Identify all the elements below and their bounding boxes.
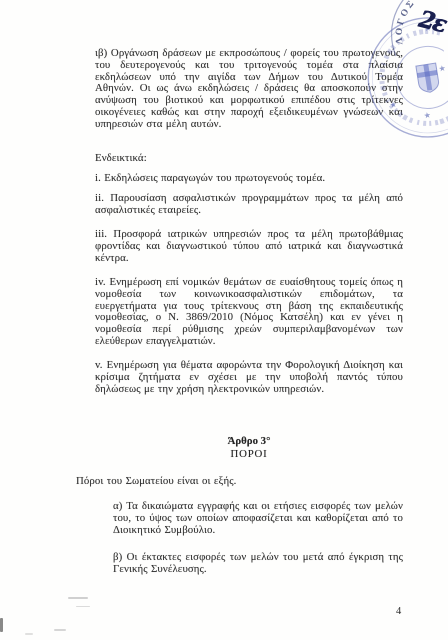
poroi-item-b: β) Οι έκτακτες εισφορές των μελών του με… bbox=[113, 552, 403, 576]
corner-seal-arc-text: ΛΟΓΟΣ bbox=[395, 0, 418, 45]
article-heading: Άρθρο 3° ΠΟΡΟΙ bbox=[95, 435, 403, 460]
article-subtitle: ΠΟΡΟΙ bbox=[95, 448, 403, 461]
smudge-mark bbox=[76, 606, 90, 607]
scan-edge-artifact bbox=[0, 618, 3, 632]
smudge-mark bbox=[25, 633, 33, 635]
list-item-iii: iii. Προσφορά ιατρικών υπηρεσιών προς τα… bbox=[95, 229, 403, 264]
scanned-document-page: ιβ) Οργάνωση δράσεων με εκπροσώπους / φο… bbox=[0, 0, 448, 640]
list-item-i: i. Εκδηλώσεις παραγωγών του πρωτογενούς … bbox=[95, 173, 403, 185]
poroi-item-a: α) Τα δικαιώματα εγγραφής και οι ετήσιες… bbox=[113, 501, 403, 536]
smudge-mark bbox=[68, 597, 88, 599]
poroi-intro: Πόροι του Σωματείου είναι οι εξής. bbox=[76, 476, 406, 488]
paragraph-ib: ιβ) Οργάνωση δράσεων με εκπροσώπους / φο… bbox=[95, 48, 403, 131]
svg-text:★: ★ bbox=[438, 64, 446, 74]
smudge-mark bbox=[54, 629, 66, 631]
seal-emblem-cross-shield bbox=[416, 63, 440, 94]
handwritten-mark: 2ε bbox=[416, 5, 448, 37]
list-item-v: v. Ενημέρωση για θέματα αφορώντα την Φορ… bbox=[95, 360, 403, 395]
article-title: Άρθρο 3° bbox=[95, 435, 403, 448]
list-item-ii: ii. Παρουσίαση ασφαλιστικών προγραμμάτων… bbox=[95, 193, 403, 217]
endeiktika-label: Ενδεικτικά: bbox=[95, 153, 403, 165]
list-item-iv: iv. Ενημέρωση επί νομικών θεμάτων σε ευα… bbox=[95, 277, 403, 348]
svg-text:★: ★ bbox=[423, 110, 431, 120]
page-number: 4 bbox=[396, 606, 401, 617]
